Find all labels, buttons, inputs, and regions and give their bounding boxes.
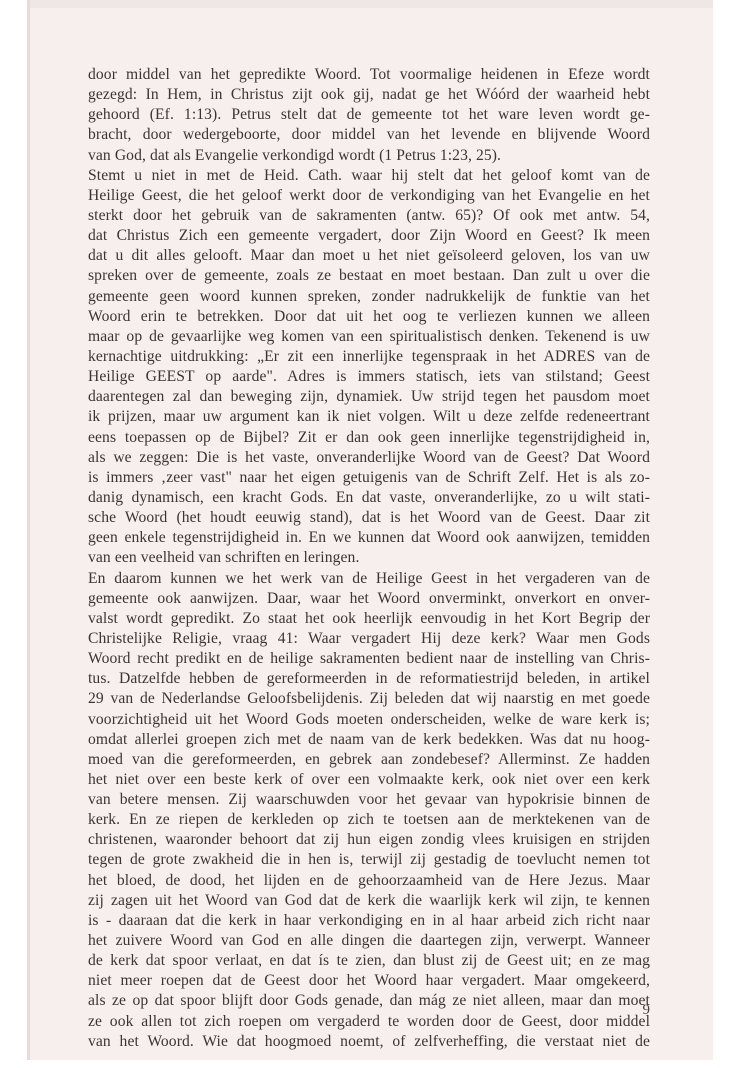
page-number: 9: [626, 1002, 650, 1019]
text-line: christenen, waaronder behoort dat zij hu…: [88, 830, 650, 850]
text-line: maar op de gevaarlijke weg komen van een…: [88, 327, 650, 347]
text-line: het bloed, de dood, het lijden en de geh…: [88, 871, 650, 891]
text-line: valst wordt gepredikt. Zo staat het ook …: [88, 609, 650, 629]
text-line: moed van die gereformeerden, en gebrek a…: [88, 750, 650, 770]
text-line: van het Woord. Wie dat hoogmoed noemt, o…: [88, 1032, 650, 1052]
text-line: eens toepassen op de Bijbel? Zit er dan …: [88, 428, 650, 448]
text-line: is - daaraan dat die kerk in haar verkon…: [88, 911, 650, 931]
text-line: gemeente ook aanwijzen. Daar, waar het W…: [88, 589, 650, 609]
text-line: is immers ‚zeer vast" naar het eigen get…: [88, 468, 650, 488]
text-line: geen enkele tegenstrijdigheid in. En we …: [88, 528, 650, 548]
text-line: kerk. En ze riepen de kerkleden op zich …: [88, 810, 650, 830]
text-line: het zuivere Woord van God en alle dingen…: [88, 931, 650, 951]
text-line: de kerk dat spoor verlaat, en dat ís te …: [88, 951, 650, 971]
text-line: als ze op dat spoor blijft door Gods gen…: [88, 991, 650, 1011]
text-line: voorzichtigheid uit het Woord Gods moete…: [88, 710, 650, 730]
text-line: sterkt door het gebruik van de sakrament…: [88, 206, 650, 226]
text-line: spreken over de gemeente, zoals ze besta…: [88, 266, 650, 286]
text-line: 29 van de Nederlandse Geloofsbelijdenis.…: [88, 689, 650, 709]
text-line: Woord recht predikt en de heilige sakram…: [88, 649, 650, 669]
text-line: danig dynamisch, een kracht Gods. En dat…: [88, 488, 650, 508]
text-line: gehoord (Ef. 1:13). Petrus stelt dat de …: [88, 105, 650, 125]
text-line: niet meer roepen dat de Geest door het W…: [88, 971, 650, 991]
text-line: ik prijzen, maar uw argument kan ik niet…: [88, 407, 650, 427]
text-line: door middel van het gepredikte Woord. To…: [88, 65, 650, 85]
text-line: van een veelheid van schriften en lering…: [88, 548, 650, 568]
text-line: van betere mensen. Zij waarschuwden voor…: [88, 790, 650, 810]
text-line: Heilige GEEST op aarde". Adres is immers…: [88, 367, 650, 387]
text-line: gemeente geen woord kunnen spreken, zond…: [88, 287, 650, 307]
text-line: het niet over een beste kerk of over een…: [88, 770, 650, 790]
text-line: sche Woord (het houdt eeuwig stand), dat…: [88, 508, 650, 528]
text-line: dat Christus Zich een gemeente vergadert…: [88, 226, 650, 246]
text-line: als we zeggen: Die is het vaste, onveran…: [88, 448, 650, 468]
text-line: daarentegen zal dan beweging zijn, dynam…: [88, 387, 650, 407]
text-line: Christelijke Religie, vraag 41: Waar ver…: [88, 629, 650, 649]
text-line: bracht, door wedergeboorte, door middel …: [88, 125, 650, 145]
text-line: van God, dat als Evangelie verkondigd wo…: [88, 146, 650, 166]
text-line: ze ook allen tot zich roepen om vergader…: [88, 1012, 650, 1032]
body-text: door middel van het gepredikte Woord. To…: [88, 65, 650, 1052]
text-line: omdat allerlei groepen zich met de naam …: [88, 730, 650, 750]
page-top-edge: [30, 0, 713, 8]
text-line: dat u dit alles gelooft. Maar dan moet u…: [88, 246, 650, 266]
text-line: Woord erin te betrekken. Door dat uit he…: [88, 307, 650, 327]
text-line: En daarom kunnen we het werk van de Heil…: [88, 569, 650, 589]
text-line: gezegd: In Hem, in Christus zijt ook gij…: [88, 85, 650, 105]
text-line: tegen de grote zwakheid die in hen is, t…: [88, 850, 650, 870]
scanned-page: door middel van het gepredikte Woord. To…: [27, 0, 713, 1060]
text-line: Heilige Geest, die het geloof werkt door…: [88, 186, 650, 206]
text-line: kernachtige uitdrukking: „Er zit een inn…: [88, 347, 650, 367]
text-line: Stemt u niet in met de Heid. Cath. waar …: [88, 166, 650, 186]
text-line: zij zagen uit het Woord van God dat de k…: [88, 891, 650, 911]
text-line: tus. Datzelfde hebben de gereformeerden …: [88, 669, 650, 689]
